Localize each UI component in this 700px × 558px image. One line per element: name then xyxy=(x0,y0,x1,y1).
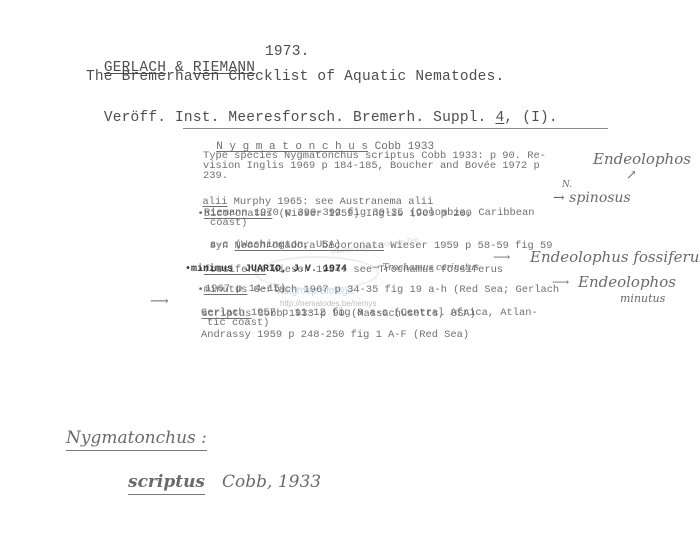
minutus-line2: 1967 p 14-15) xyxy=(205,284,286,295)
arrow-scriptus-icon: ⟶ xyxy=(150,294,169,309)
arrow-fossiferus-icon: ⟶ xyxy=(493,250,510,264)
handwritten-author: Cobb, 1933 xyxy=(222,472,321,492)
handwritten-genus: Nygmatonchus : xyxy=(66,428,207,451)
note-spinosus: → spinosus xyxy=(553,190,631,206)
citation-title: The Bremerhaven Checklist of Aquatic Nem… xyxy=(86,69,504,85)
note-endeolophos-minutus: Endeolophos xyxy=(578,273,676,291)
minimus-handwritten-note: → Trochamus carinatus xyxy=(372,263,479,273)
citation-journal: Veröff. Inst. Meeresforsch. Bremerh. Sup… xyxy=(86,94,558,126)
bicoronatus-line2: Riemann 1970 p 390-392 fig 30-35 (Colomb… xyxy=(204,208,534,219)
handwritten-species: scriptus xyxy=(128,472,205,495)
note-endeolophus-fossiferus: Endeolophus fossiferus xyxy=(530,248,700,266)
note-minutus: minutus xyxy=(620,292,665,305)
scriptus-line3: tic coast) xyxy=(207,318,269,329)
arrow-up-icon: ↗ xyxy=(626,168,637,183)
citation-year: 1973. xyxy=(265,44,310,60)
divider-rule xyxy=(183,128,608,129)
synonym-line2: a-c (Washington, USA) xyxy=(210,240,341,251)
bicoronatus-line3: coast) xyxy=(210,218,247,229)
type-species-line3: 239. xyxy=(203,171,228,182)
arrow-minutus-icon: ⟶ xyxy=(552,275,569,289)
scriptus-line4: Andrassy 1959 p 248-250 fig 1 A-F (Red S… xyxy=(201,330,469,341)
note-endeolophos-top: Endeolophos xyxy=(593,150,691,168)
note-genus-abbrev: N. xyxy=(562,180,572,190)
type-species-line2: vision Inglis 1969 p 184-185, Boucher an… xyxy=(203,161,540,172)
